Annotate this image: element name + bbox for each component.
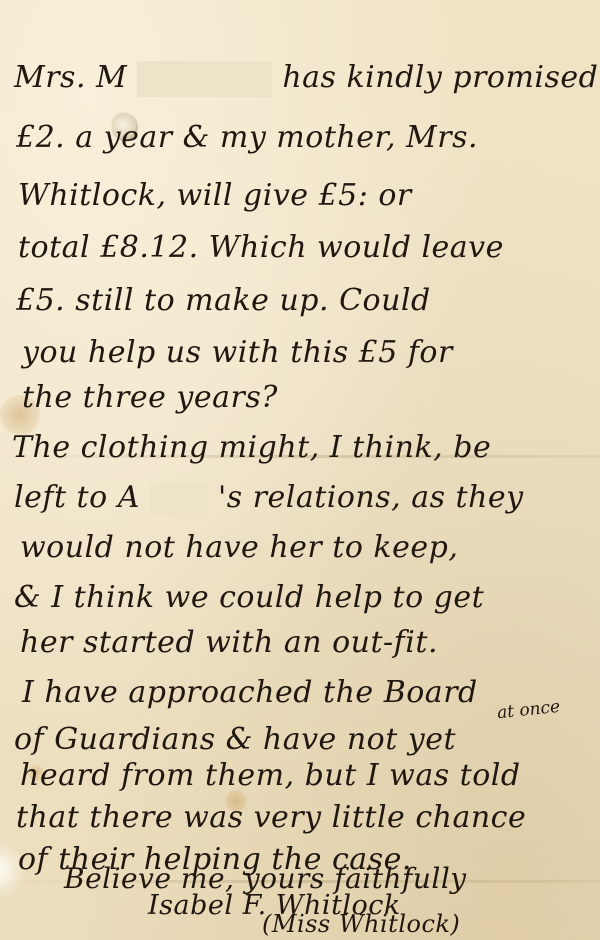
letter-line-12: her started with an out-fit. (20, 625, 438, 660)
redacted-name (137, 61, 272, 97)
line-text: left to A (14, 480, 140, 515)
letter-line-6: you help us with this £5 for (22, 335, 453, 370)
redacted-name (150, 483, 208, 515)
letter-line-15: heard from them, but I was told (20, 758, 521, 793)
letter-line-1: Mrs. M has kindly promised (14, 60, 598, 97)
letter-line-7: the three years? (22, 380, 278, 415)
letter-page: Mrs. M has kindly promised £2. a year & … (0, 0, 600, 940)
signature-note: (Miss Whitlock) (262, 910, 460, 938)
letter-line-11: & I think we could help to get (14, 580, 484, 615)
letter-line-2: £2. a year & my mother, Mrs. (16, 120, 478, 155)
letter-line-3: Whitlock, will give £5: or (18, 178, 412, 213)
line-text: has kindly promised (282, 60, 598, 95)
letter-line-10: would not have her to keep, (20, 530, 458, 565)
line-text: Mrs. M (14, 60, 127, 95)
inserted-note: at once (496, 697, 561, 723)
letter-line-5: £5. still to make up. Could (16, 283, 431, 318)
letter-line-8: The clothing might, I think, be (12, 430, 491, 465)
letter-line-14: of Guardians & have not yet (14, 722, 456, 757)
letter-line-9: left to A 's relations, as they (14, 480, 524, 515)
letter-line-16: that there was very little chance (16, 800, 526, 835)
letter-line-13: I have approached the Board (22, 675, 478, 710)
line-text: 's relations, as they (218, 480, 524, 515)
letter-line-4: total £8.12. Which would leave (18, 230, 504, 265)
